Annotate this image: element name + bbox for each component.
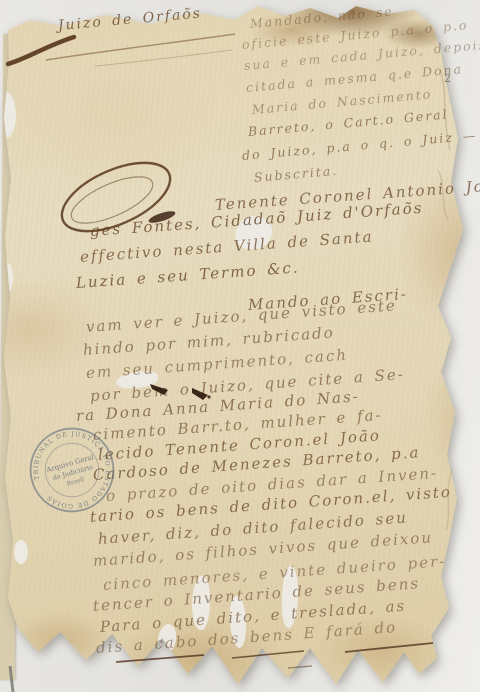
repair-patch — [0, 262, 13, 296]
repair-patch — [14, 540, 28, 564]
manuscript-photo: Juizo de Orfaõs 2 Mandado, não se oficie… — [0, 0, 480, 692]
repair-patch — [0, 92, 16, 138]
